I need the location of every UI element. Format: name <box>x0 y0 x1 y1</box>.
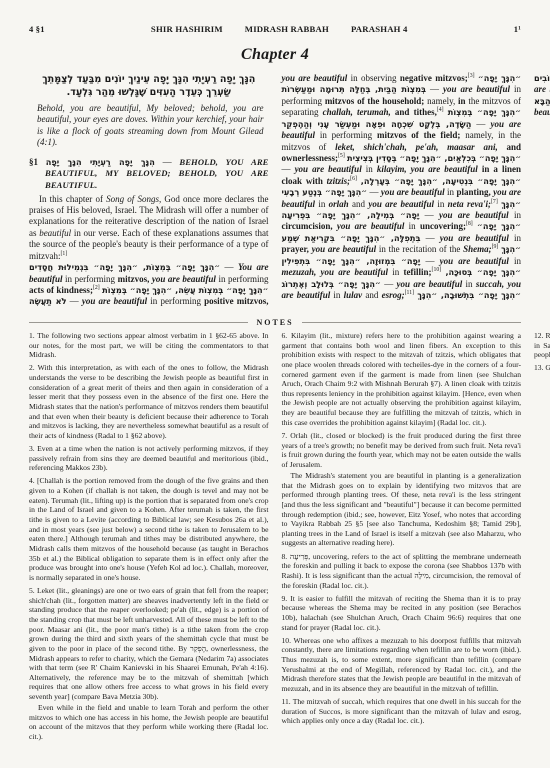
text-run: [1] <box>61 251 68 257</box>
text-run: you are beautiful <box>152 274 216 284</box>
text-run: mezuzah, <box>282 267 317 277</box>
text-run: prayer, <box>282 244 309 254</box>
text-run: — <box>67 296 82 306</box>
text-run: leket, shich'chah, pe'ah, maasar ani, <box>335 142 498 152</box>
text-run: you are beautiful <box>440 233 509 243</box>
verse-translation: Behold, you are beautiful, My beloved; b… <box>37 103 264 149</box>
header-title-parashah: PARASHAH 4 <box>351 24 408 34</box>
note-number: 2. <box>29 363 38 372</box>
text-run: [8] <box>466 221 473 227</box>
text-run: — <box>220 262 238 272</box>
text-run: [10] <box>432 267 442 273</box>
notes-list: 1. The following two sections appear alm… <box>29 331 521 743</box>
text-run: you are beautiful <box>295 164 362 174</box>
text-run: in the recitation of the <box>376 244 463 254</box>
text-run: §1 <box>29 157 46 167</box>
notes-divider: NOTES <box>29 318 521 327</box>
text-run: you are beautiful <box>381 187 445 197</box>
text-run: in <box>315 199 329 209</box>
note-paragraph: Even while in the field and unable to le… <box>29 703 269 742</box>
note-paragraph: 7. Orlah (lit., closed or blocked) is th… <box>282 431 522 470</box>
note-number: 11. <box>282 697 293 706</box>
text-run: in performing <box>216 274 269 284</box>
divider-rule-left <box>29 322 248 323</box>
main-text-columns: הִנָּךְ יָפָה רַעְיָתִי הִנָּךְ יָפָה עֵ… <box>29 73 521 311</box>
note-paragraph: 11. The mitzvah of succah, which require… <box>282 697 522 726</box>
text-run: negative mitzvos; <box>400 73 468 83</box>
text-run: Shema; <box>463 244 492 254</box>
text-run: Song of Songs, <box>106 194 161 204</box>
book-page: 4 §1 SHIR HASHIRIM MIDRASH RABBAH PARASH… <box>0 0 550 768</box>
text-run: and tithes, <box>395 107 437 117</box>
text-run: in <box>330 290 343 300</box>
text-run: kilayim, <box>377 164 407 174</box>
note-paragraph: 2. With this interpretation, as with eac… <box>29 363 269 440</box>
note-paragraph: 6. Kilayim (lit., mixture) refers here t… <box>282 331 522 427</box>
note-paragraph: 4. [Challah is the portion removed from … <box>29 476 269 582</box>
text-run: [4] <box>437 107 444 113</box>
text-run: — <box>282 164 295 174</box>
text-run: beautiful <box>39 228 71 238</box>
header-title: SHIR HASHIRIM MIDRASH RABBAH PARASHAH 4 <box>151 24 408 34</box>
text-run: and <box>362 290 381 300</box>
divider-rule-right <box>302 322 521 323</box>
section-heading: §1 הִנָּךְ יָפָה רַעְיָתִי הִנָּךְ יָפָה… <box>29 157 269 192</box>
text-run: in performing <box>315 130 377 140</box>
text-run: — <box>471 119 490 129</box>
text-run: you are beautiful <box>443 84 510 94</box>
text-run: in observing <box>347 73 400 83</box>
text-run: lulav <box>344 290 363 300</box>
text-run: — <box>155 157 180 167</box>
text-run: in <box>509 210 521 220</box>
header-title-book: SHIR HASHIRIM <box>151 24 223 34</box>
note-number: 4. <box>29 476 37 485</box>
note-paragraph: 8. פְּרִיעָה, uncovering, refers to the … <box>282 552 522 591</box>
header-title-work: MIDRASH RABBAH <box>245 24 329 34</box>
note-number: 13. <box>534 363 545 372</box>
text-run: in <box>404 221 420 231</box>
running-header: 4 §1 SHIR HASHIRIM MIDRASH RABBAH PARASH… <box>29 24 521 34</box>
text-run: succah, <box>476 279 504 289</box>
text-run: In this chapter of <box>39 194 106 204</box>
text-run: you are beautiful <box>397 279 463 289</box>
text-run: in <box>362 164 377 174</box>
text-run: — <box>419 210 439 220</box>
text-run: orlah <box>329 199 349 209</box>
text-run: [7] <box>491 199 498 205</box>
text-run: challah, terumah, <box>323 107 391 117</box>
note-paragraph: 3. Even at a time when the nation is not… <box>29 444 269 473</box>
text-run: uncovering; <box>420 221 466 231</box>
note-paragraph: 5. Leket (lit., gleanings) are one or tw… <box>29 586 269 702</box>
note-number: 1. <box>29 331 37 340</box>
text-run: you are beautiful <box>337 221 405 231</box>
note-number: 10. <box>282 636 294 645</box>
text-run: in <box>509 256 521 266</box>
note-paragraph: 12. Repentance is deemed more prominent … <box>534 331 550 360</box>
text-run: you are beautiful <box>368 199 434 209</box>
text-run: — <box>420 256 439 266</box>
notes-heading: NOTES <box>256 318 293 327</box>
text-run: acts of kindness; <box>29 285 93 295</box>
text-run: and <box>349 199 369 209</box>
text-run: in <box>509 233 521 243</box>
text-run: in <box>388 267 404 277</box>
verse-hebrew: הִנָּךְ יָפָה רַעְיָתִי הִנָּךְ יָפָה עֵ… <box>35 73 263 100</box>
text-run: mitzvos of the household; <box>325 96 424 106</box>
text-run: [11] <box>405 290 414 296</box>
text-run: mitzvos, <box>118 274 150 284</box>
text-run: circumcision, <box>282 221 333 231</box>
text-run: in performing <box>147 296 204 306</box>
text-run: you are beautiful <box>312 244 376 254</box>
chapter-title: Chapter 4 <box>29 46 521 64</box>
hebrew-text-run: הִנָּךְ יָפָה רַעְיָתִי הִנָּךְ יָפָה <box>46 157 155 167</box>
header-verse-ref: 1¹ <box>514 24 521 34</box>
note-number: 9. <box>282 594 291 603</box>
text-run: positive mitzvos, <box>204 296 268 306</box>
section-intro: In this chapter of Song of Songs, God on… <box>29 194 269 263</box>
text-run: in performing <box>63 274 118 284</box>
note-number: 5. <box>29 586 37 595</box>
note-number: 3. <box>29 444 37 453</box>
text-run: you are beautiful <box>411 164 478 174</box>
text-run: tzitzis; <box>327 176 351 186</box>
text-run: — <box>367 187 381 197</box>
note-number: 7. <box>282 431 291 440</box>
text-run: [2] <box>93 285 100 291</box>
text-run: namely, <box>424 96 458 106</box>
note-number: 8. <box>282 552 290 561</box>
text-run: mitzvos of the field; <box>377 130 460 140</box>
text-run: you are beautiful <box>321 267 389 277</box>
text-run: [3] <box>468 73 475 79</box>
text-run: — <box>381 279 397 289</box>
text-run: you are beautiful <box>439 210 509 220</box>
note-paragraph: 13. God values the beauty that can be ac… <box>534 363 550 373</box>
header-section-ref: 4 §1 <box>29 24 45 34</box>
text-run: in <box>458 96 466 106</box>
text-run: you are beautiful <box>440 256 509 266</box>
hebrew-text-run: ״הִנָּךְ יָפָה״ בְּמִצְוֹת, ״הִנָּךְ יָפ… <box>29 262 220 272</box>
text-run: — <box>421 233 440 243</box>
hebrew-text-run: ״הִנָּךְ יָפָה״ בְּכִלְאַיִם, ״הִנָּךְ י… <box>347 153 521 163</box>
text-run: — <box>426 84 443 94</box>
text-run: in <box>445 187 457 197</box>
note-number: 6. <box>282 331 291 340</box>
text-run: tefillin; <box>404 267 432 277</box>
note-paragraph: 1. The following two sections appear alm… <box>29 331 269 360</box>
text-run: you are beautiful <box>82 296 147 306</box>
text-run: planting, <box>456 187 490 197</box>
note-paragraph: The Midrash's statement you are beautifu… <box>282 471 522 548</box>
text-run: esrog; <box>382 290 405 300</box>
text-run: in <box>462 279 476 289</box>
text-run: you are beautiful <box>282 73 348 83</box>
text-run: in <box>434 199 448 209</box>
text-run: [6] <box>350 176 357 182</box>
text-run: neta reva'i; <box>448 199 491 209</box>
note-number: 12. <box>534 331 546 340</box>
note-paragraph: 9. It is easier to fulfill the mitzvah o… <box>282 594 522 633</box>
text-run: [5] <box>338 153 345 159</box>
note-paragraph: 10. Whereas one who affixes a mezuzah to… <box>282 636 522 694</box>
